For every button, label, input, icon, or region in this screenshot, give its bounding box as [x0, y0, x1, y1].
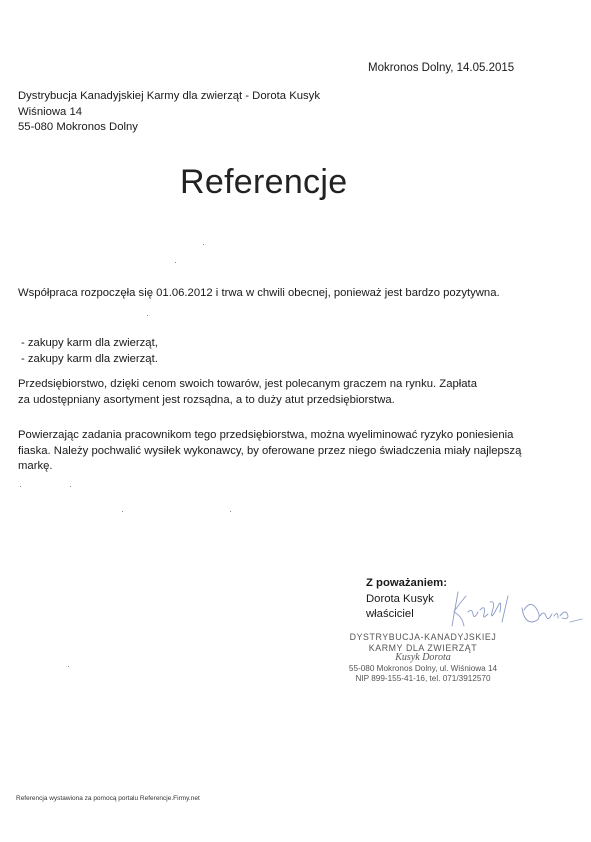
sender-street: Wiśniowa 14 [18, 105, 320, 121]
document-title: Referencje [180, 163, 347, 202]
handwritten-signature [440, 582, 590, 634]
paragraph-line: Powierzając zadania pracownikom tego prz… [18, 428, 521, 444]
list-item: - zakupy karm dla zwierząt. [21, 352, 158, 368]
intro-paragraph: Współpraca rozpoczęła się 01.06.2012 i t… [18, 286, 500, 301]
signer-role: właściciel [366, 607, 447, 623]
scan-speck [175, 262, 176, 263]
scan-speck [230, 511, 231, 512]
scan-speck [68, 666, 69, 667]
list-item: - zakupy karm dla zwierząt, [21, 336, 158, 352]
scan-speck [70, 486, 71, 487]
stamp-line: DYSTRYBUCJA-KANADYJSKIEJ [338, 632, 508, 643]
signer-name: Dorota Kusyk [366, 592, 447, 608]
sender-address: Dystrybucja Kanadyjskiej Karmy dla zwier… [18, 89, 320, 136]
stamp-line: 55-080 Mokronos Dolny, ul. Wiśniowa 14 [338, 664, 508, 675]
stamp-line: Kusyk Dorota [338, 653, 508, 664]
salutation: Z poważaniem: [366, 576, 447, 592]
company-stamp: DYSTRYBUCJA-KANADYJSKIEJ KARMY DLA ZWIER… [338, 632, 508, 685]
paragraph-line: markę. [18, 459, 521, 475]
paragraph-line: Przedsiębiorstwo, dzięki cenom swoich to… [18, 377, 477, 393]
paragraph-recommendation: Powierzając zadania pracownikom tego prz… [18, 428, 521, 475]
date-line: Mokronos Dolny, 14.05.2015 [368, 62, 514, 74]
scan-speck [122, 511, 123, 512]
closing-block: Z poważaniem: Dorota Kusyk właściciel [366, 576, 447, 623]
scan-speck [20, 486, 21, 487]
service-list: - zakupy karm dla zwierząt, - zakupy kar… [21, 336, 158, 367]
scan-speck [203, 244, 204, 245]
paragraph-line: za udostępniany asortyment jest rozsądna… [18, 393, 477, 409]
scan-speck [147, 315, 148, 316]
stamp-line: NIP 899-155-41-16, tel. 071/3912570 [338, 674, 508, 685]
sender-city: 55-080 Mokronos Dolny [18, 120, 320, 136]
footer-note: Referencja wystawiona za pomocą portalu … [16, 795, 200, 802]
paragraph-line: fiaska. Należy pochwalić wysiłek wykonaw… [18, 444, 521, 460]
paragraph-pricing: Przedsiębiorstwo, dzięki cenom swoich to… [18, 377, 477, 408]
sender-company: Dystrybucja Kanadyjskiej Karmy dla zwier… [18, 89, 320, 105]
